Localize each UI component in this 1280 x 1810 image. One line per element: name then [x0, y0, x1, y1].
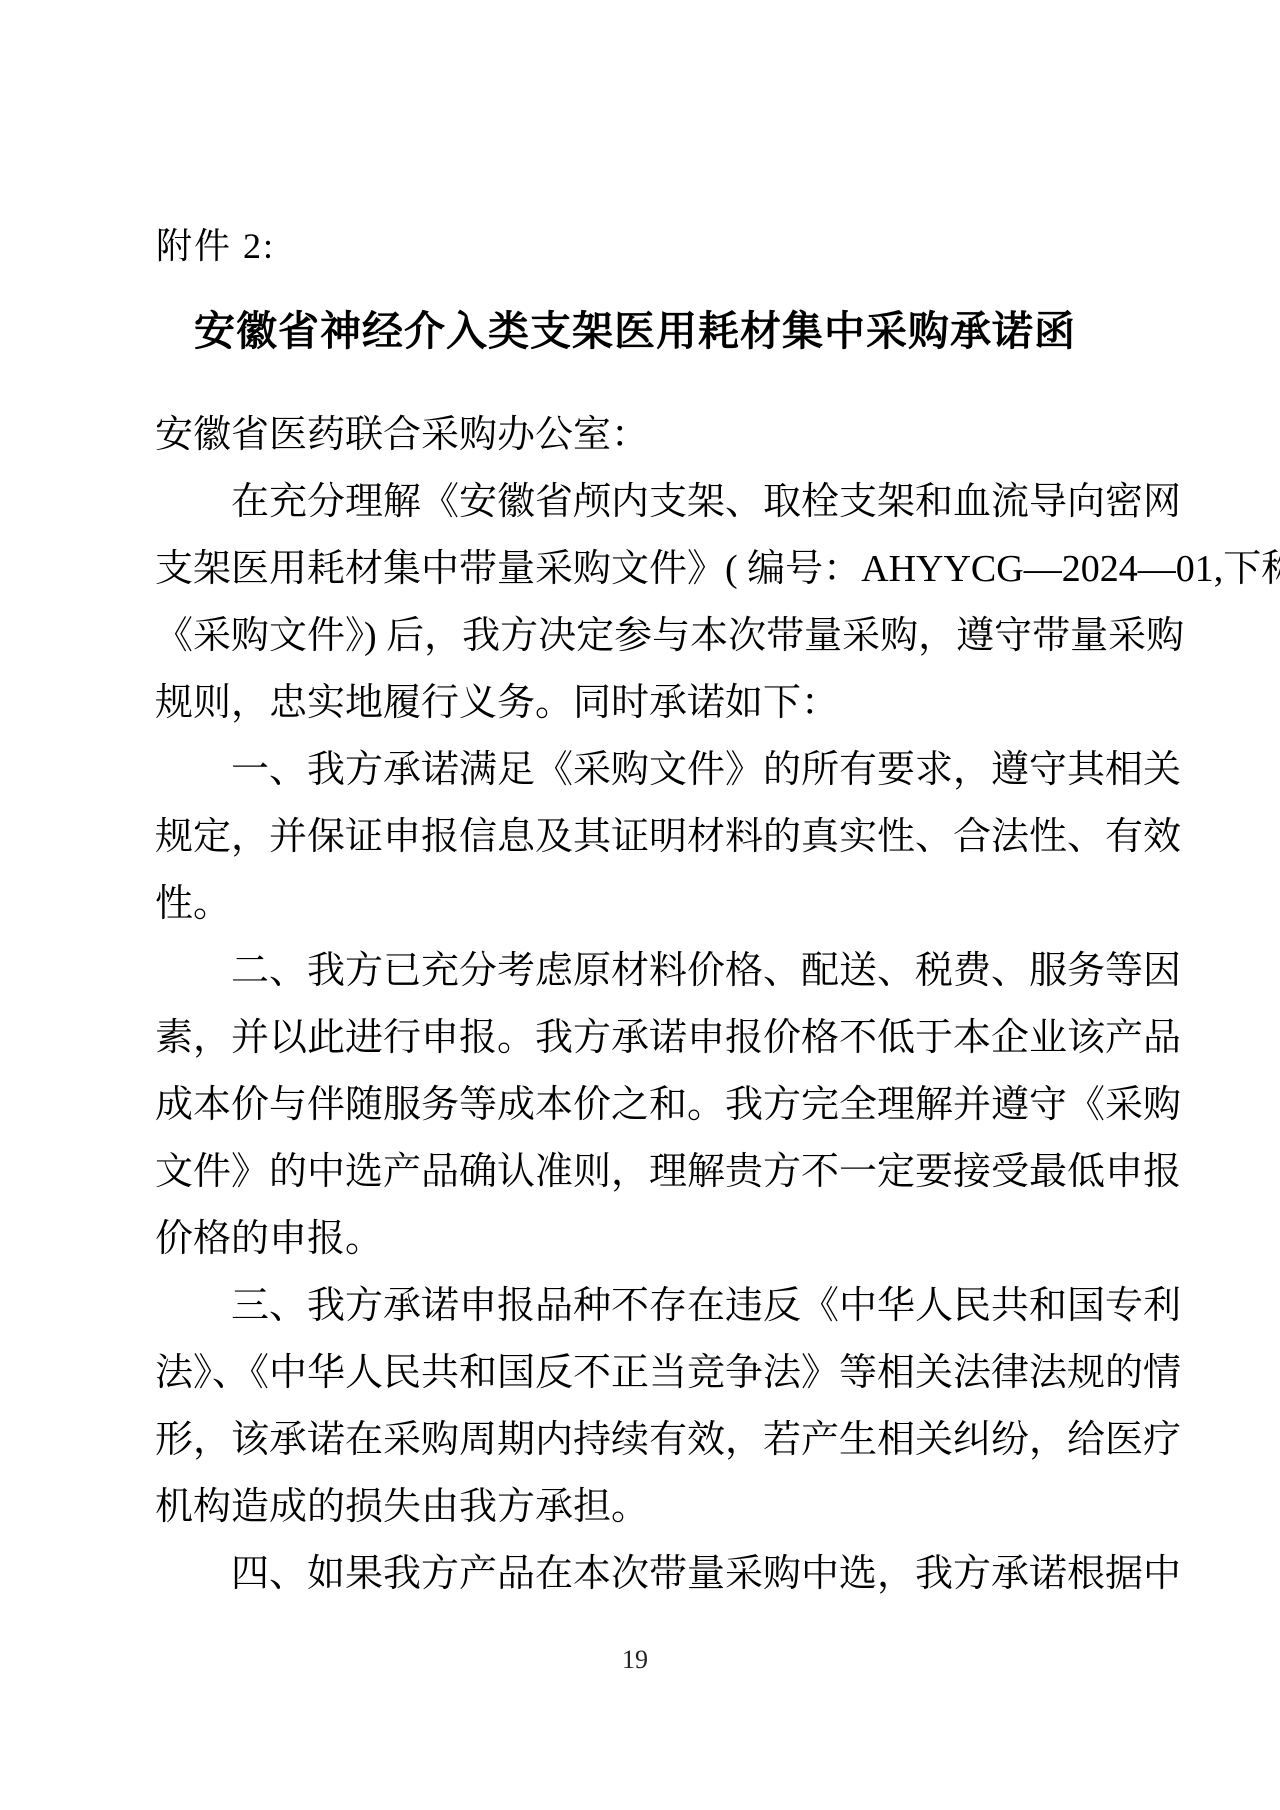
attachment-label: 附件 2: — [156, 218, 275, 269]
para3-line4: 文件》的中选产品确认准则，理解贵方不一定要接受最低申报 — [155, 1139, 1115, 1206]
para4-line2: 法》、《中华人民共和国反不正当竞争法》等相关法律法规的情 — [155, 1340, 1115, 1407]
para3-line1: 二、我方已充分考虑原材料价格、配送、税费、服务等因 — [155, 938, 1115, 1005]
para1-line2: 支架医用耗材集中带量采购文件》( 编号：AHYYCG—2024—01,下称 — [155, 536, 1115, 603]
para3-line5: 价格的申报。 — [155, 1206, 1115, 1273]
para5-line1: 四、如果我方产品在本次带量采购中选，我方承诺根据中 — [155, 1541, 1115, 1608]
document-body: 安徽省医药联合采购办公室： 在充分理解《安徽省颅内支架、取栓支架和血流导向密网 … — [155, 402, 1115, 1608]
para4-line1: 三、我方承诺申报品种不存在违反《中华人民共和国专利 — [155, 1273, 1115, 1340]
para1-line3: 《采购文件》) 后，我方决定参与本次带量采购，遵守带量采购 — [155, 603, 1115, 670]
document-title: 安徽省神经介入类支架医用耗材集中采购承诺函 — [155, 298, 1115, 357]
document-page: 附件 2: 安徽省神经介入类支架医用耗材集中采购承诺函 安徽省医药联合采购办公室… — [0, 0, 1280, 1810]
para3-line3: 成本价与伴随服务等成本价之和。我方完全理解并遵守《采购 — [155, 1072, 1115, 1139]
para1-line1: 在充分理解《安徽省颅内支架、取栓支架和血流导向密网 — [155, 469, 1115, 536]
para2-line1: 一、我方承诺满足《采购文件》的所有要求，遵守其相关 — [155, 737, 1115, 804]
para2-line3: 性。 — [155, 871, 1115, 938]
salutation: 安徽省医药联合采购办公室： — [155, 402, 1115, 469]
para4-line4: 机构造成的损失由我方承担。 — [155, 1474, 1115, 1541]
page-number: 19 — [155, 1645, 1115, 1675]
para1-line4: 规则，忠实地履行义务。同时承诺如下： — [155, 670, 1115, 737]
para4-line3: 形，该承诺在采购周期内持续有效，若产生相关纠纷，给医疗 — [155, 1407, 1115, 1474]
para3-line2: 素，并以此进行申报。我方承诺申报价格不低于本企业该产品 — [155, 1005, 1115, 1072]
para2-line2: 规定，并保证申报信息及其证明材料的真实性、合法性、有效 — [155, 804, 1115, 871]
